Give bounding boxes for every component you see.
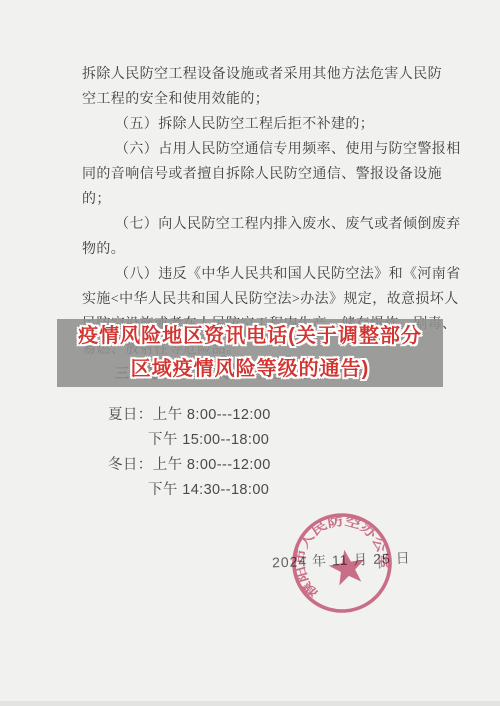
schedule-line-winter-am: 冬日：上午 8:00---12:00: [82, 453, 450, 478]
official-seal: 濮阳市人民防空办公室: [282, 503, 402, 623]
body-line: 物的。: [82, 237, 450, 262]
schedule-line-summer-am: 夏日：上午 8:00---12:00: [82, 403, 450, 428]
document-body: 拆除人民防空工程设备设施或者采用其他方法危害人民防 空工程的安全和使用效能的； …: [82, 62, 450, 503]
watermark-overlay-band: 疫情风险地区资讯电话(关于调整部分 区域疫情风险等级的通告): [57, 319, 443, 387]
schedule-line-winter-pm: 下午 14:30--18:00: [82, 478, 450, 503]
overlay-title-line2: 区域疫情风险等级的通告): [57, 353, 443, 386]
body-line: 的；: [82, 187, 450, 212]
body-line: 同的音响信号或者擅自拆除人民防空通信、警报设备设施: [82, 162, 450, 187]
scanned-document-page: 拆除人民防空工程设备设施或者采用其他方法危害人民防 空工程的安全和使用效能的； …: [0, 0, 500, 706]
scan-bottom-edge: [0, 701, 500, 706]
seal-text: 濮阳市人民防空办公室: [287, 508, 395, 602]
paragraph-spacer: [82, 387, 450, 403]
body-line: （五）拆除人民防空工程后拒不补建的；: [82, 112, 450, 137]
body-line: （八）违反《中华人民共和国人民防空法》和《河南省: [82, 262, 450, 287]
schedule-line-summer-pm: 下午 15:00--18:00: [82, 428, 450, 453]
body-line: 拆除人民防空工程设备设施或者采用其他方法危害人民防: [82, 62, 450, 87]
overlay-title-line1: 疫情风险地区资讯电话(关于调整部分: [57, 320, 443, 353]
body-line: （六）占用人民防空通信专用频率、使用与防空警报相: [82, 137, 450, 162]
body-line: 空工程的安全和使用效能的；: [82, 87, 450, 112]
body-line: 实施<中华人民共和国人民防空法>办法》规定，故意损坏人: [82, 287, 450, 312]
body-line: （七）向人民防空工程内排入废水、废气或者倾倒废弃: [82, 212, 450, 237]
seal-star-icon: [327, 547, 369, 587]
